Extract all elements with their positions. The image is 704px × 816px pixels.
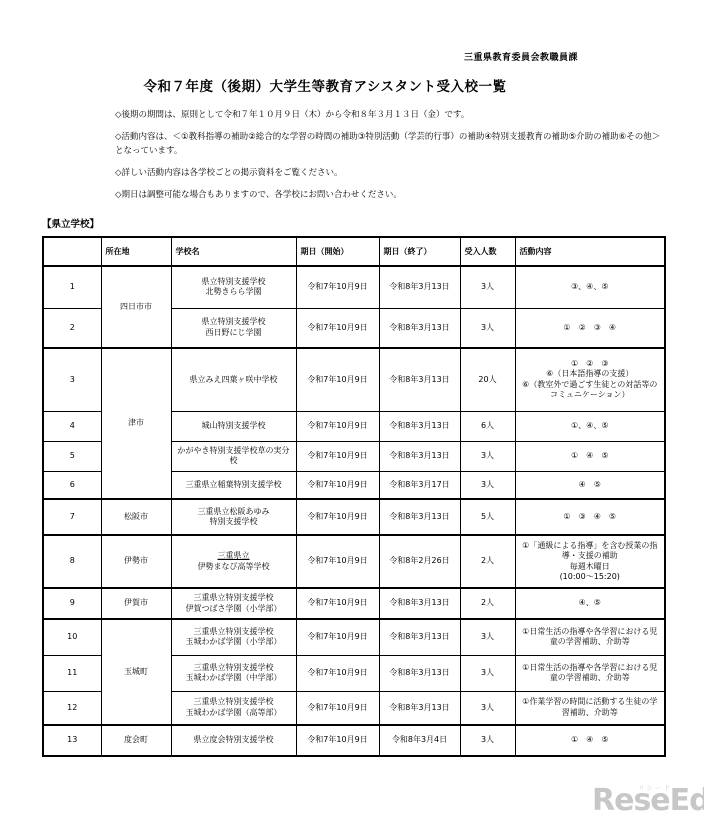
cell-date-start: 令和7年10月9日: [296, 308, 379, 348]
document-page: 三重県教育委員会教職員課 令和７年度（後期）大学生等教育アシスタント受入校一覧 …: [0, 0, 704, 816]
cell-count: 3人: [460, 691, 515, 725]
cell-date-start: 令和7年10月9日: [296, 725, 379, 756]
cell-activity: ① ④ ⑤: [515, 441, 665, 471]
cell-count: 6人: [460, 411, 515, 441]
column-header-3: 期日（開始）: [296, 237, 379, 266]
reseed-watermark: リシード ReseEd: [592, 785, 704, 816]
cell-school-name: 三重県立松阪あゆみ特別支援学校: [171, 499, 296, 535]
cell-number: 4: [43, 411, 101, 441]
cell-count: 2人: [460, 535, 515, 588]
table-row: 13度会町県立度会特別支援学校令和7年10月9日令和8年3月4日3人① ④ ⑤: [43, 725, 665, 756]
cell-date-start: 令和7年10月9日: [296, 588, 379, 619]
department-label: 三重県教育委員会教職員課: [464, 50, 664, 63]
column-header-6: 活動内容: [515, 237, 665, 266]
cell-date-start: 令和7年10月9日: [296, 348, 379, 411]
cell-activity: ① ④ ⑤: [515, 725, 665, 756]
cell-number: 8: [43, 535, 101, 588]
cell-activity: ④ ⑤: [515, 471, 665, 499]
note-line-1: ◇後期の期間は、原則として令和７年１０月９日（木）から令和８年３月１３日（金）で…: [115, 108, 663, 122]
cell-date-end: 令和8年3月13日: [379, 308, 460, 348]
cell-location: 松阪市: [101, 499, 171, 535]
section-label: 【県立学校】: [42, 216, 99, 230]
column-header-5: 受入人数: [460, 237, 515, 266]
cell-school-name: 三重県立稲葉特別支援学校: [171, 471, 296, 499]
cell-location: 四日市市: [101, 266, 171, 348]
cell-activity: ①日常生活の指導や各学習における児童の学習補助、介助等: [515, 655, 665, 691]
cell-date-end: 令和8年3月4日: [379, 725, 460, 756]
cell-activity: ① ③ ④ ⑤: [515, 499, 665, 535]
table-row: 9伊賀市三重県立特別支援学校伊賀つばさ学園（小学部）令和7年10月9日令和8年3…: [43, 588, 665, 619]
cell-date-end: 令和8年3月13日: [379, 655, 460, 691]
cell-activity: ①日常生活の指導や各学習における児童の学習補助、介助等: [515, 619, 665, 655]
cell-date-end: 令和8年3月13日: [379, 619, 460, 655]
cell-activity: ① ② ③ ④: [515, 308, 665, 348]
cell-date-end: 令和8年3月13日: [379, 441, 460, 471]
cell-number: 11: [43, 655, 101, 691]
watermark-logo-text: ReseEd: [592, 783, 704, 816]
cell-number: 10: [43, 619, 101, 655]
cell-number: 12: [43, 691, 101, 725]
table-row: 1四日市市県立特別支援学校北勢きらら学園令和7年10月9日令和8年3月13日3人…: [43, 266, 665, 308]
cell-count: 2人: [460, 588, 515, 619]
cell-date-end: 令和8年3月13日: [379, 348, 460, 411]
note-line-3: ◇詳しい活動内容は各学校ごとの掲示資料をご覧ください。: [115, 166, 663, 180]
note-line-4: ◇期日は調整可能な場合もありますので、各学校にお問い合わせください。: [115, 188, 663, 202]
cell-date-end: 令和8年3月13日: [379, 588, 460, 619]
cell-number: 3: [43, 348, 101, 411]
cell-number: 2: [43, 308, 101, 348]
cell-school-name: 三重県立特別支援学校玉城わかば学園（小学部）: [171, 619, 296, 655]
cell-count: 3人: [460, 441, 515, 471]
cell-school-name: 県立特別支援学校北勢きらら学園: [171, 266, 296, 308]
cell-count: 5人: [460, 499, 515, 535]
cell-location: 度会町: [101, 725, 171, 756]
cell-date-end: 令和8年3月13日: [379, 499, 460, 535]
notes-block: ◇後期の期間は、原則として令和７年１０月９日（木）から令和８年３月１３日（金）で…: [115, 108, 663, 210]
cell-activity: ③、④、⑤: [515, 266, 665, 308]
table-row: 8伊勢市三重県立伊勢まなび高等学校令和7年10月9日令和8年2月26日2人①「通…: [43, 535, 665, 588]
cell-date-start: 令和7年10月9日: [296, 266, 379, 308]
column-header-4: 期日（終了）: [379, 237, 460, 266]
cell-activity: ①「通級による指導」を含む授業の指導・支援の補助毎週木曜日(10:00～15:2…: [515, 535, 665, 588]
cell-date-start: 令和7年10月9日: [296, 499, 379, 535]
cell-school-name: 三重県立特別支援学校玉城わかば学園（中学部）: [171, 655, 296, 691]
cell-school-name: 三重県立特別支援学校伊賀つばさ学園（小学部）: [171, 588, 296, 619]
note-line-2: ◇活動内容は、＜①教科指導の補助②総合的な学習の時間の補助③特別活動（学芸的行事…: [115, 130, 663, 158]
page-title: 令和７年度（後期）大学生等教育アシスタント受入校一覧: [10, 75, 640, 95]
cell-date-start: 令和7年10月9日: [296, 471, 379, 499]
cell-count: 3人: [460, 619, 515, 655]
cell-activity: ①、④、⑤: [515, 411, 665, 441]
cell-location: 伊勢市: [101, 535, 171, 588]
cell-number: 13: [43, 725, 101, 756]
table-row: 10玉城町三重県立特別支援学校玉城わかば学園（小学部）令和7年10月9日令和8年…: [43, 619, 665, 655]
table-header-row: 所在地学校名期日（開始）期日（終了）受入人数活動内容: [43, 237, 665, 266]
cell-date-end: 令和8年3月13日: [379, 411, 460, 441]
cell-count: 20人: [460, 348, 515, 411]
cell-date-end: 令和8年3月17日: [379, 471, 460, 499]
cell-school-name: 県立度会特別支援学校: [171, 725, 296, 756]
cell-date-start: 令和7年10月9日: [296, 619, 379, 655]
cell-date-start: 令和7年10月9日: [296, 411, 379, 441]
cell-activity: ④、⑤: [515, 588, 665, 619]
cell-school-name: 県立特別支援学校西日野にじ学園: [171, 308, 296, 348]
cell-date-end: 令和8年3月13日: [379, 266, 460, 308]
cell-date-end: 令和8年3月13日: [379, 691, 460, 725]
column-header-1: 所在地: [101, 237, 171, 266]
cell-date-start: 令和7年10月9日: [296, 441, 379, 471]
cell-number: 9: [43, 588, 101, 619]
cell-location: 津市: [101, 348, 171, 499]
cell-school-name: 三重県立特別支援学校玉城わかば学園（高等部）: [171, 691, 296, 725]
cell-location: 玉城町: [101, 619, 171, 725]
cell-count: 3人: [460, 725, 515, 756]
school-table: 所在地学校名期日（開始）期日（終了）受入人数活動内容 1四日市市県立特別支援学校…: [42, 236, 666, 757]
cell-school-name: 三重県立伊勢まなび高等学校: [171, 535, 296, 588]
column-header-0: [43, 237, 101, 266]
cell-activity: ①作業学習の時間に活動する生徒の学習補助、介助等: [515, 691, 665, 725]
cell-count: 3人: [460, 471, 515, 499]
table-row: 3津市県立みえ四葉ヶ咲中学校令和7年10月9日令和8年3月13日20人① ② ③…: [43, 348, 665, 411]
cell-count: 3人: [460, 655, 515, 691]
table-row: 7松阪市三重県立松阪あゆみ特別支援学校令和7年10月9日令和8年3月13日5人①…: [43, 499, 665, 535]
cell-date-start: 令和7年10月9日: [296, 535, 379, 588]
cell-school-name: 城山特別支援学校: [171, 411, 296, 441]
cell-date-start: 令和7年10月9日: [296, 691, 379, 725]
cell-count: 3人: [460, 266, 515, 308]
cell-number: 5: [43, 441, 101, 471]
cell-number: 1: [43, 266, 101, 308]
cell-location: 伊賀市: [101, 588, 171, 619]
cell-school-name: かがやき特別支援学校草の実分校: [171, 441, 296, 471]
column-header-2: 学校名: [171, 237, 296, 266]
cell-activity: ① ② ③⑥（日本語指導の支援）⑥（教室外で過ごす生徒との対話等のコミュニケーシ…: [515, 348, 665, 411]
cell-number: 7: [43, 499, 101, 535]
cell-count: 3人: [460, 308, 515, 348]
cell-school-name: 県立みえ四葉ヶ咲中学校: [171, 348, 296, 411]
cell-date-start: 令和7年10月9日: [296, 655, 379, 691]
cell-number: 6: [43, 471, 101, 499]
cell-date-end: 令和8年2月26日: [379, 535, 460, 588]
